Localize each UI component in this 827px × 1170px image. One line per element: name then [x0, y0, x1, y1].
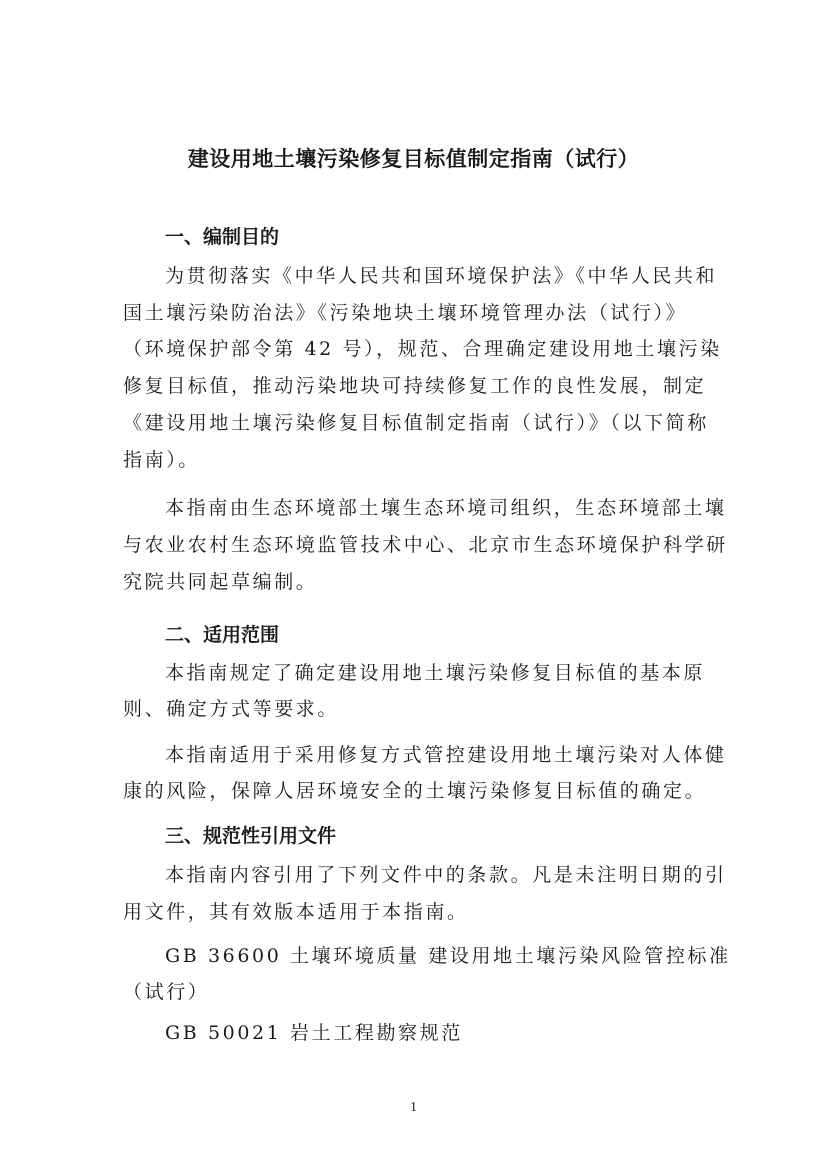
reference-line: GB 36600 土壤环境质量 建设用地土壤污染风险管控标准: [165, 941, 731, 968]
paragraph-line: 本指南由生态环境部土壤生态环境司组织，生态环境部土壤: [165, 493, 727, 520]
page-number: 1: [0, 1100, 827, 1116]
document-page: 建设用地土壤污染修复目标值制定指南（试行） 一、编制目的 为贯彻落实《中华人民共…: [0, 0, 827, 1170]
paragraph-line: 《建设用地土壤污染修复目标值制定指南（试行）》（以下简称: [123, 408, 709, 435]
paragraph-line: 为贯彻落实《中华人民共和国环境保护法》《中华人民共和: [165, 261, 717, 288]
reference-line: GB 50021 岩土工程勘察规范: [165, 1018, 463, 1045]
paragraph-line: 用文件，其有效版本适用于本指南。: [123, 897, 469, 924]
section-heading-references: 三、规范性引用文件: [165, 821, 336, 848]
paragraph-line: 国土壤污染防治法》《污染地块土壤环境管理办法（试行）》: [123, 298, 687, 325]
paragraph-line: 究院共同起草编制。: [123, 567, 317, 594]
paragraph-line: 本指南规定了确定建设用地土壤污染修复目标值的基本原: [165, 658, 705, 685]
paragraph-line: 与农业农村生态环境监管技术中心、北京市生态环境保护科学研: [123, 530, 728, 557]
paragraph-line: 本指南适用于采用修复方式管控建设用地土壤污染对人体健: [165, 740, 727, 767]
paragraph-line: 修复目标值，推动污染地块可持续修复工作的良性发展，制定: [123, 371, 706, 398]
paragraph-line: 康的风险，保障人居环境安全的土壤污染修复目标值的确定。: [123, 776, 706, 803]
paragraph-line: 指南）。: [123, 445, 200, 472]
document-title: 建设用地土壤污染修复目标值制定指南（试行）: [0, 143, 827, 173]
section-heading-scope: 二、适用范围: [165, 620, 279, 647]
paragraph-line: 则、确定方式等要求。: [123, 694, 339, 721]
reference-line: （试行）: [123, 977, 209, 1004]
paragraph-line: （环境保护部令第 42 号），规范、合理确定建设用地土壤污染: [123, 334, 722, 361]
section-heading-purpose: 一、编制目的: [165, 222, 279, 249]
paragraph-line: 本指南内容引用了下列文件中的条款。凡是未注明日期的引: [165, 860, 727, 887]
